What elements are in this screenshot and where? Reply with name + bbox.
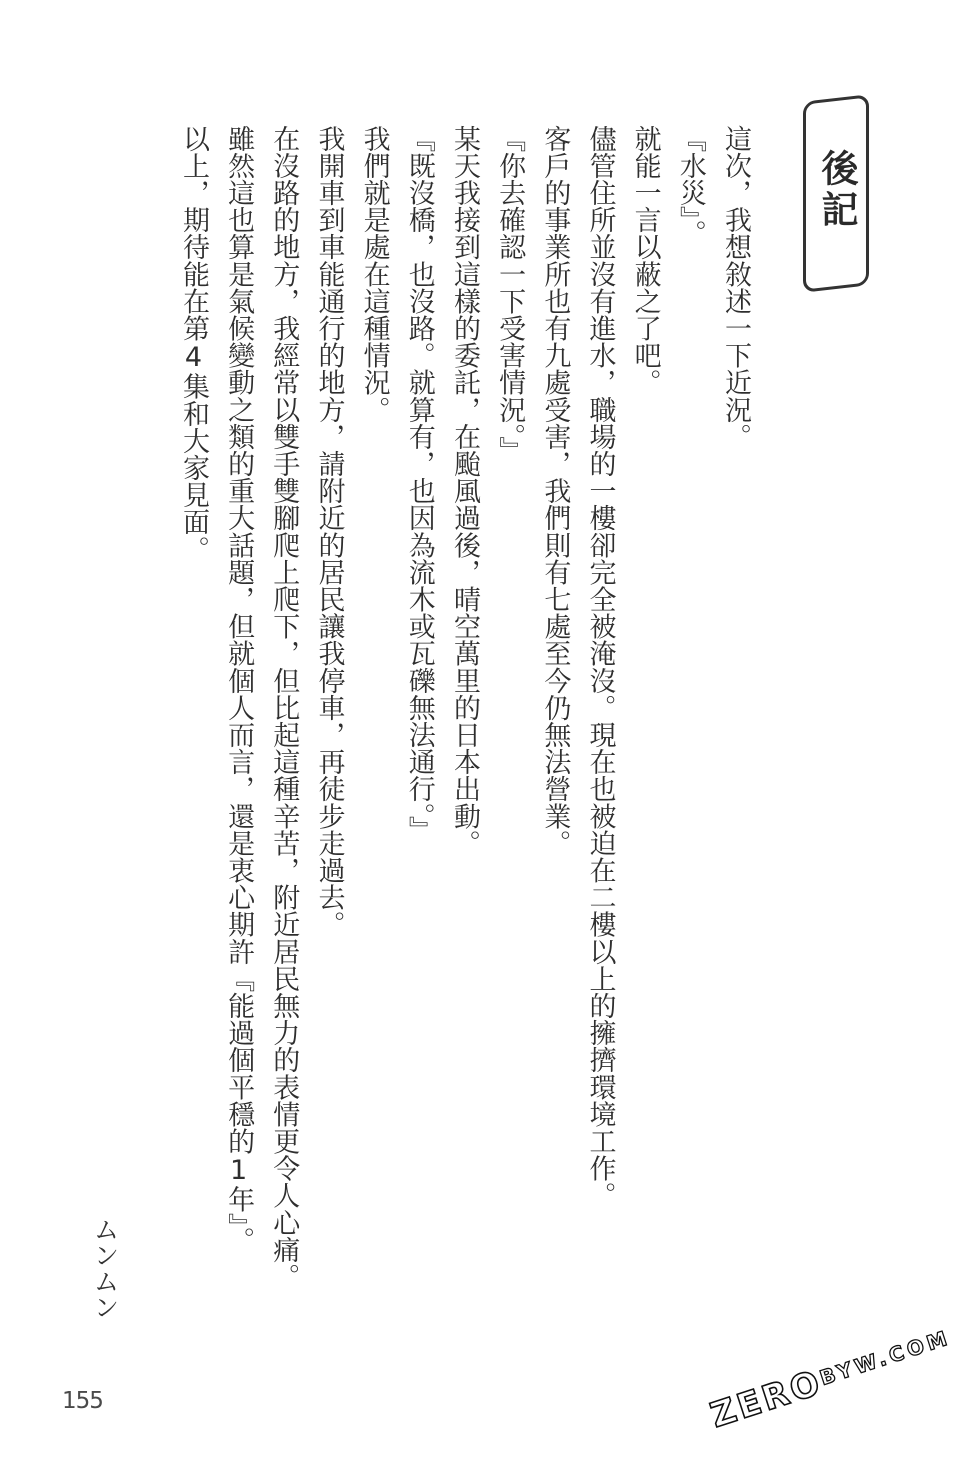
book-page: 後記 這次，我想敘述一下近況。 『水災』。 就能一言以蔽之了吧。 儘管住所並沒有… — [0, 0, 980, 1465]
watermark-main: ZERO — [706, 1362, 828, 1436]
page-number: 155 — [62, 1388, 103, 1414]
author-signature: ムンムン — [84, 1216, 124, 1320]
paragraph: 客戶的事業所也有九處受害，我們則有七處至今仍無法營業。 — [532, 125, 577, 1315]
afterword-title-box: 後記 — [803, 98, 869, 289]
paragraph: 雖然這也算是氣候變動之類的重大話題，但就個人而言，還是衷心期許『能過個平穩的1年… — [216, 125, 261, 1315]
paragraph: 儘管住所並沒有進水，職場的一樓卻完全被淹沒。現在也被迫在二樓以上的擁擠環境工作。 — [577, 125, 622, 1315]
paragraph: 『水災』。 — [668, 125, 713, 1315]
paragraph: 以上，期待能在第4集和大家見面。 — [171, 125, 216, 1315]
page-title: 後記 — [803, 148, 869, 232]
watermark-suffix: BYW.COM — [817, 1325, 954, 1390]
paragraph: 就能一言以蔽之了吧。 — [622, 125, 667, 1315]
paragraph: 我開車到車能通行的地方，請附近的居民讓我停車，再徒步走過去。 — [306, 125, 351, 1315]
paragraph: 『你去確認一下受害情況。』 — [487, 125, 532, 1315]
afterword-body: 這次，我想敘述一下近況。 『水災』。 就能一言以蔽之了吧。 儘管住所並沒有進水，… — [171, 125, 758, 1315]
paragraph: 我們就是處在這種情況。 — [351, 125, 396, 1315]
paragraph: 『既沒橋，也沒路。就算有，也因為流木或瓦礫無法通行。』 — [397, 125, 442, 1315]
watermark: ZEROBYW.COM — [707, 1323, 956, 1433]
paragraph: 在沒路的地方，我經常以雙手雙腳爬上爬下，但比起這種辛苦，附近居民無力的表情更令人… — [261, 125, 306, 1315]
paragraph: 這次，我想敘述一下近況。 — [713, 125, 758, 1315]
paragraph: 某天我接到這樣的委託，在颱風過後，晴空萬里的日本出動。 — [442, 125, 487, 1315]
